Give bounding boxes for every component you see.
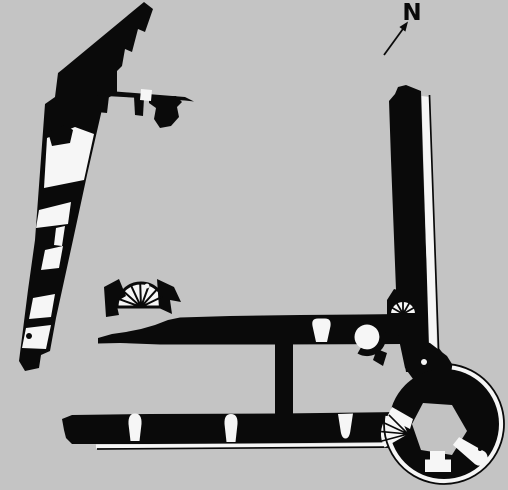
north-label: N xyxy=(402,0,421,26)
tower-junction-porthole xyxy=(421,359,427,365)
south-embrasure-2 xyxy=(224,414,237,442)
tower-embrasure-dot xyxy=(478,447,482,451)
annexe-stub-1 xyxy=(97,95,109,113)
spine-wall xyxy=(275,343,293,417)
south-embrasure-1 xyxy=(128,414,141,442)
fan-stair-newel xyxy=(145,284,150,289)
pier-dot xyxy=(26,333,32,339)
south-wall xyxy=(62,412,404,449)
castle-ground-plan: N xyxy=(0,0,508,490)
round-turret-well xyxy=(355,325,380,350)
annexe-doorway xyxy=(140,89,152,101)
